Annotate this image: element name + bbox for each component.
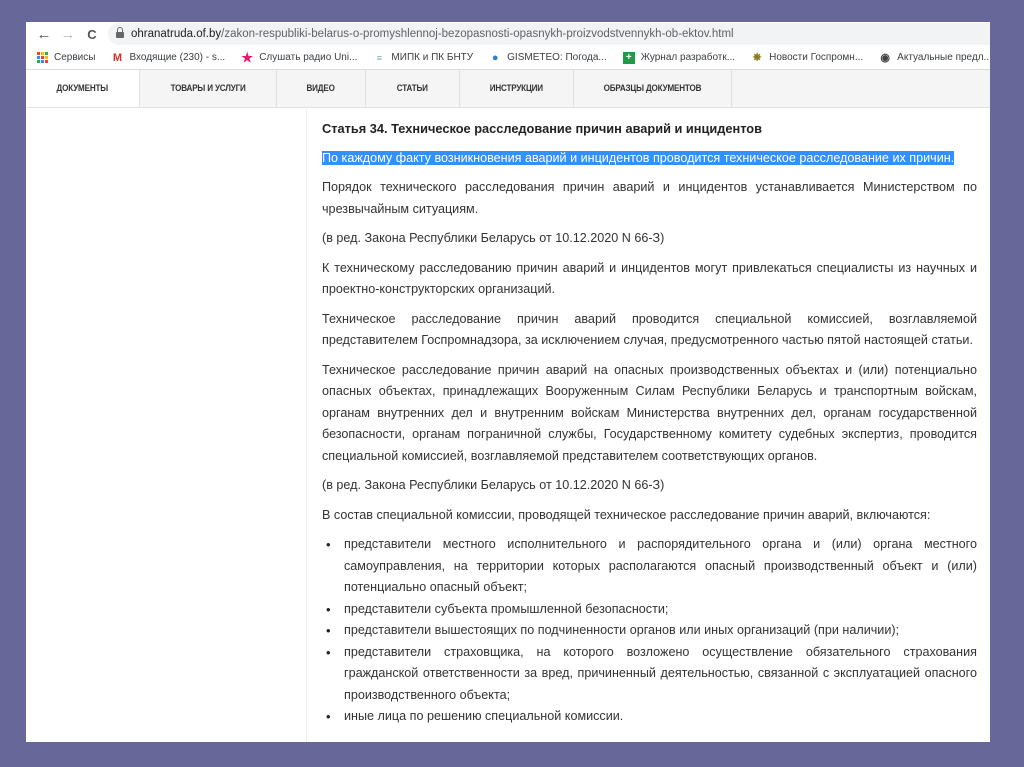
bookmark-services[interactable]: Сервисы (36, 52, 95, 64)
tab-articles[interactable]: СТАТЬИ (366, 70, 460, 107)
reload-button[interactable]: C (80, 24, 104, 44)
forward-arrow-icon: → (61, 26, 76, 43)
address-bar[interactable]: ohranatruda.of.by/zakon-respubliki-belar… (108, 23, 990, 45)
bookmark-label: Журнал разработк... (641, 52, 735, 63)
browser-window: ← → C ohranatruda.of.by/zakon-respubliki… (26, 22, 990, 742)
bookmark-label: Слушать радио Uni... (259, 52, 357, 63)
gmail-icon: M (111, 52, 123, 64)
bookmark-mipk[interactable]: ≡ МИПК и ПК БНТУ (373, 52, 473, 64)
amendment-note: (в ред. Закона Республики Беларусь от 10… (322, 228, 977, 250)
reload-icon: C (87, 27, 96, 42)
site-icon: ≡ (373, 52, 385, 64)
tab-instructions[interactable]: ИНСТРУКЦИИ (460, 70, 574, 107)
article-title: Статья 34. Техническое расследование при… (322, 118, 977, 140)
star-icon: ★ (241, 52, 253, 64)
left-sidebar (26, 108, 307, 742)
bookmark-gospromnadzor[interactable]: ✵ Новости Госпромн... (751, 52, 863, 64)
url-host: ohranatruda.of.by (131, 28, 221, 40)
back-button[interactable]: ← (32, 24, 56, 44)
bookmarks-bar: Сервисы M Входящие (230) - s... ★ Слушат… (26, 46, 990, 70)
bookmark-label: МИПК и ПК БНТУ (391, 52, 473, 63)
bookmark-gismeteo[interactable]: ● GISMETEO: Погода... (489, 52, 607, 64)
article-body: Статья 34. Техническое расследование при… (322, 108, 977, 728)
list-item: представители вышестоящих по подчиненнос… (322, 620, 977, 642)
bookmark-gmail[interactable]: M Входящие (230) - s... (111, 52, 225, 64)
paragraph: Порядок технического расследования причи… (322, 177, 977, 220)
paragraph: В состав специальной комиссии, проводяще… (322, 505, 977, 527)
amendment-note: (в ред. Закона Республики Беларусь от 10… (322, 475, 977, 497)
list-item: иные лица по решению специальной комисси… (322, 706, 977, 728)
tab-documents[interactable]: ДОКУМЕНТЫ (26, 70, 140, 107)
bookmark-label: GISMETEO: Погода... (507, 52, 607, 63)
tab-goods-services[interactable]: ТОВАРЫ И УСЛУГИ (140, 70, 277, 107)
nav-filler (732, 70, 990, 107)
tab-video[interactable]: ВИДЕО (277, 70, 366, 107)
cross-icon: + (623, 52, 635, 64)
paragraph: К техническому расследованию причин авар… (322, 258, 977, 301)
lock-icon (116, 30, 124, 39)
globe-icon: ◉ (879, 52, 891, 64)
paragraph: Техническое расследование причин аварий … (322, 309, 977, 352)
back-arrow-icon: ← (37, 26, 52, 43)
tab-document-samples[interactable]: ОБРАЗЦЫ ДОКУМЕНТОВ (574, 70, 732, 107)
paragraph: Техническое расследование причин аварий … (322, 360, 977, 468)
list-item: представители субъекта промышленной безо… (322, 599, 977, 621)
list-item: представители страховщика, на которого в… (322, 642, 977, 707)
drop-icon: ● (489, 52, 501, 64)
text-selection[interactable]: По каждому факту возникновения аварий и … (322, 151, 954, 165)
url-path: /zakon-respubliki-belarus-o-promyshlenno… (221, 28, 733, 40)
bookmark-label: Актуальные предл... (897, 52, 990, 63)
apps-grid-icon (36, 52, 48, 64)
bookmark-label: Сервисы (54, 52, 95, 63)
forward-button[interactable]: → (56, 24, 80, 44)
browser-toolbar: ← → C ohranatruda.of.by/zakon-respubliki… (26, 22, 990, 46)
highlighted-paragraph[interactable]: По каждому факту возникновения аварий и … (322, 148, 977, 170)
bookmark-offers[interactable]: ◉ Актуальные предл... (879, 52, 990, 64)
emblem-icon: ✵ (751, 52, 763, 64)
bookmark-label: Новости Госпромн... (769, 52, 863, 63)
bookmark-radio[interactable]: ★ Слушать радио Uni... (241, 52, 357, 64)
list-item: представители местного исполнительного и… (322, 534, 977, 599)
site-navigation: ДОКУМЕНТЫ ТОВАРЫ И УСЛУГИ ВИДЕО СТАТЬИ И… (26, 70, 990, 108)
page-content: Статья 34. Техническое расследование при… (26, 108, 990, 742)
commission-members-list: представители местного исполнительного и… (322, 534, 977, 728)
bookmark-label: Входящие (230) - s... (129, 52, 225, 63)
bookmark-journal[interactable]: + Журнал разработк... (623, 52, 735, 64)
